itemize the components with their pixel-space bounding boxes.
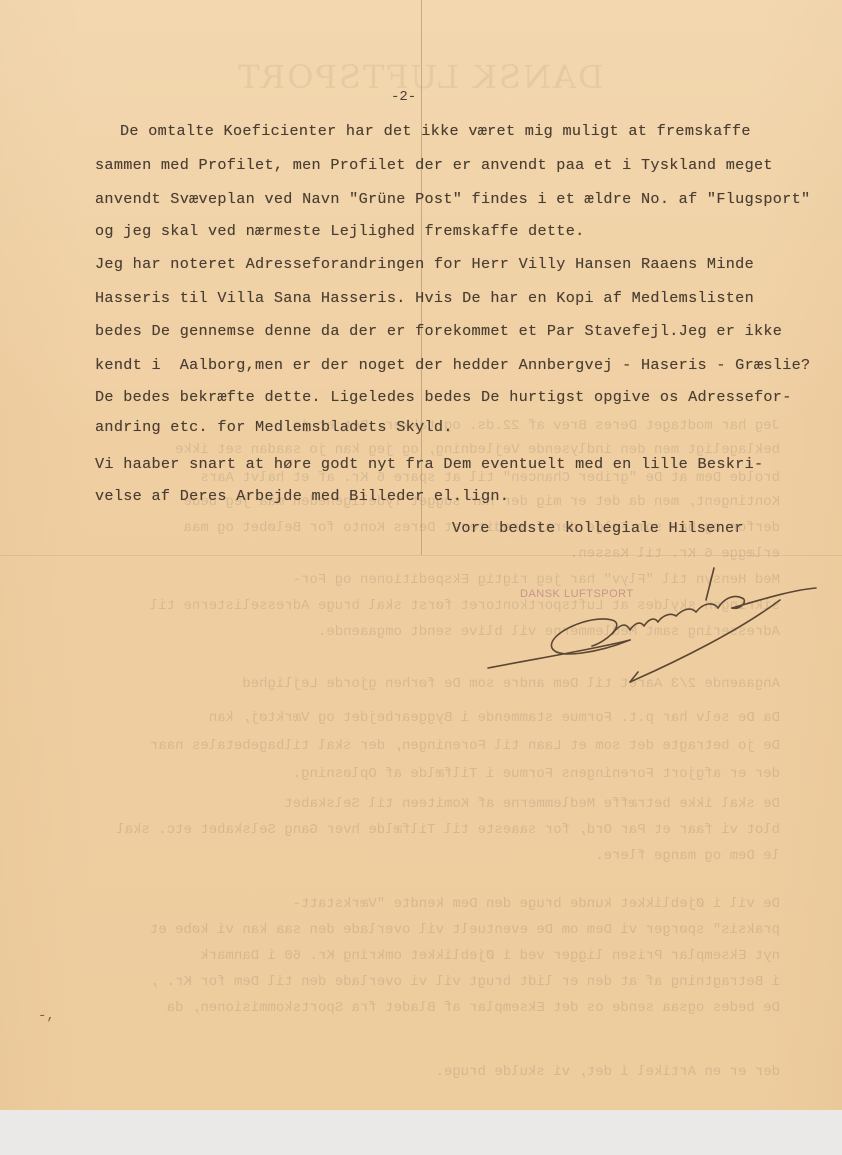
- text-line: sammen med Profilet, men Profilet der er…: [95, 156, 773, 174]
- text-line: anvendt Svæveplan ved Navn "Grüne Post" …: [95, 190, 810, 208]
- text-line: Vi haaber snart at høre godt nyt fra Dem…: [95, 455, 763, 473]
- page-number: -2-: [391, 89, 416, 105]
- closing-greeting: Vore bedste kollegiale Hilsener: [452, 519, 744, 537]
- text-line: De omtalte Koeficienter har det ikke vær…: [120, 122, 751, 140]
- text-line: kendt i Aalborg,men er der noget der hed…: [95, 356, 810, 374]
- bleed-line: praksis" spørger vi Dem om De eventuelt …: [60, 922, 780, 938]
- bleed-line: nyt Eksemplar Prisen ligger ved i Øjebli…: [60, 948, 780, 964]
- signature-icon: [480, 560, 820, 690]
- bleed-line: i Betragtning af at den er lidt brugt vi…: [60, 974, 780, 990]
- bleed-line: der er afgjort Foreningens Formue i Tilf…: [60, 766, 780, 782]
- margin-mark: -,: [38, 1008, 55, 1024]
- bleed-line: blot vi faar et Par Ord, for saaeste til…: [60, 822, 780, 838]
- letterhead-watermark: DANSK LUFTSPORT: [170, 58, 670, 96]
- bleed-line: De jo betragte det som et Laan til Foren…: [60, 738, 780, 754]
- bleed-line: De bedes ogsaa sende os det Eksemplar af…: [60, 1000, 780, 1016]
- text-line: velse af Deres Arbejde med Billeder el.l…: [95, 487, 509, 505]
- bleed-line: der er en Artikel i det, vi skulde bruge…: [60, 1064, 780, 1080]
- text-line: andring etc. for Medlemsbladets Skyld.: [95, 418, 453, 436]
- text-line: bedes De gennemse denne da der er foreko…: [95, 322, 782, 340]
- text-line: Jeg har noteret Adresseforandringen for …: [95, 255, 754, 273]
- bleed-line: Da De selv har p.t. Formue stammende i B…: [60, 710, 780, 726]
- bleed-line: le Dem og mange flere.: [60, 848, 780, 864]
- bleed-line: De vil i Øjeblikket kunde bruge den Dem …: [60, 896, 780, 912]
- text-line: Hasseris til Villa Sana Hasseris. Hvis D…: [95, 289, 754, 307]
- text-line: og jeg skal ved nærmeste Lejlighed frems…: [95, 222, 585, 240]
- bleed-line: De skal ikke betræffe Medlemmerne af Kom…: [60, 796, 780, 812]
- text-line: De bedes bekræfte dette. Ligeledes bedes…: [95, 388, 792, 406]
- scanned-letter-page: DANSK LUFTSPORT Jeg har modtaget Deres B…: [0, 0, 842, 1110]
